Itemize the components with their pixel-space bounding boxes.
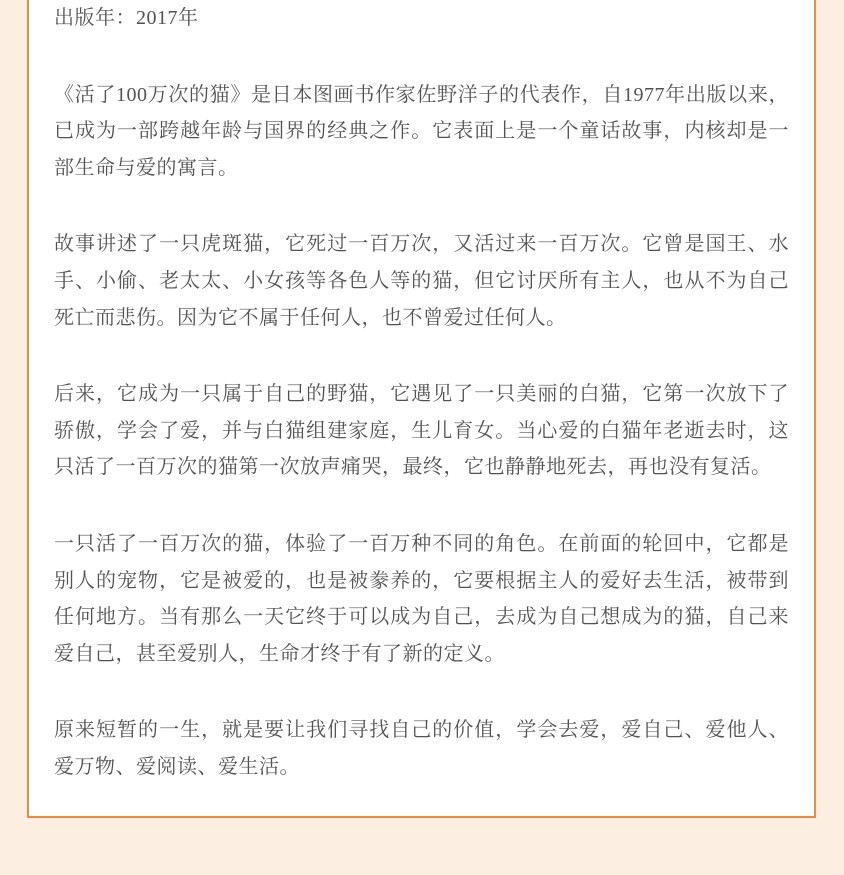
article-paragraph-conclusion: 原来短暂的一生，就是要让我们寻找自己的价值，学会去爱，爱自己、爱他人、爱万物、爱… (54, 712, 789, 785)
article-paragraph-reflection: 一只活了一百万次的猫，体验了一百万种不同的角色。在前面的轮回中，它都是别人的宠物… (54, 526, 789, 672)
article-paragraph-intro: 《活了100万次的猫》是日本图画书作家佐野洋子的代表作，自1977年出版以来，已… (54, 77, 789, 187)
article-paragraph-publication-year: 出版年：2017年 (54, 0, 789, 37)
article-card: 出版年：2017年 《活了100万次的猫》是日本图画书作家佐野洋子的代表作，自1… (27, 0, 816, 818)
article-paragraph-story-part2: 后来，它成为一只属于自己的野猫，它遇见了一只美丽的白猫，它第一次放下了骄傲，学会… (54, 376, 789, 486)
page-background: 出版年：2017年 《活了100万次的猫》是日本图画书作家佐野洋子的代表作，自1… (0, 0, 844, 818)
article-paragraph-story-part1: 故事讲述了一只虎斑猫，它死过一百万次，又活过来一百万次。它曾是国王、水手、小偷、… (54, 226, 789, 336)
